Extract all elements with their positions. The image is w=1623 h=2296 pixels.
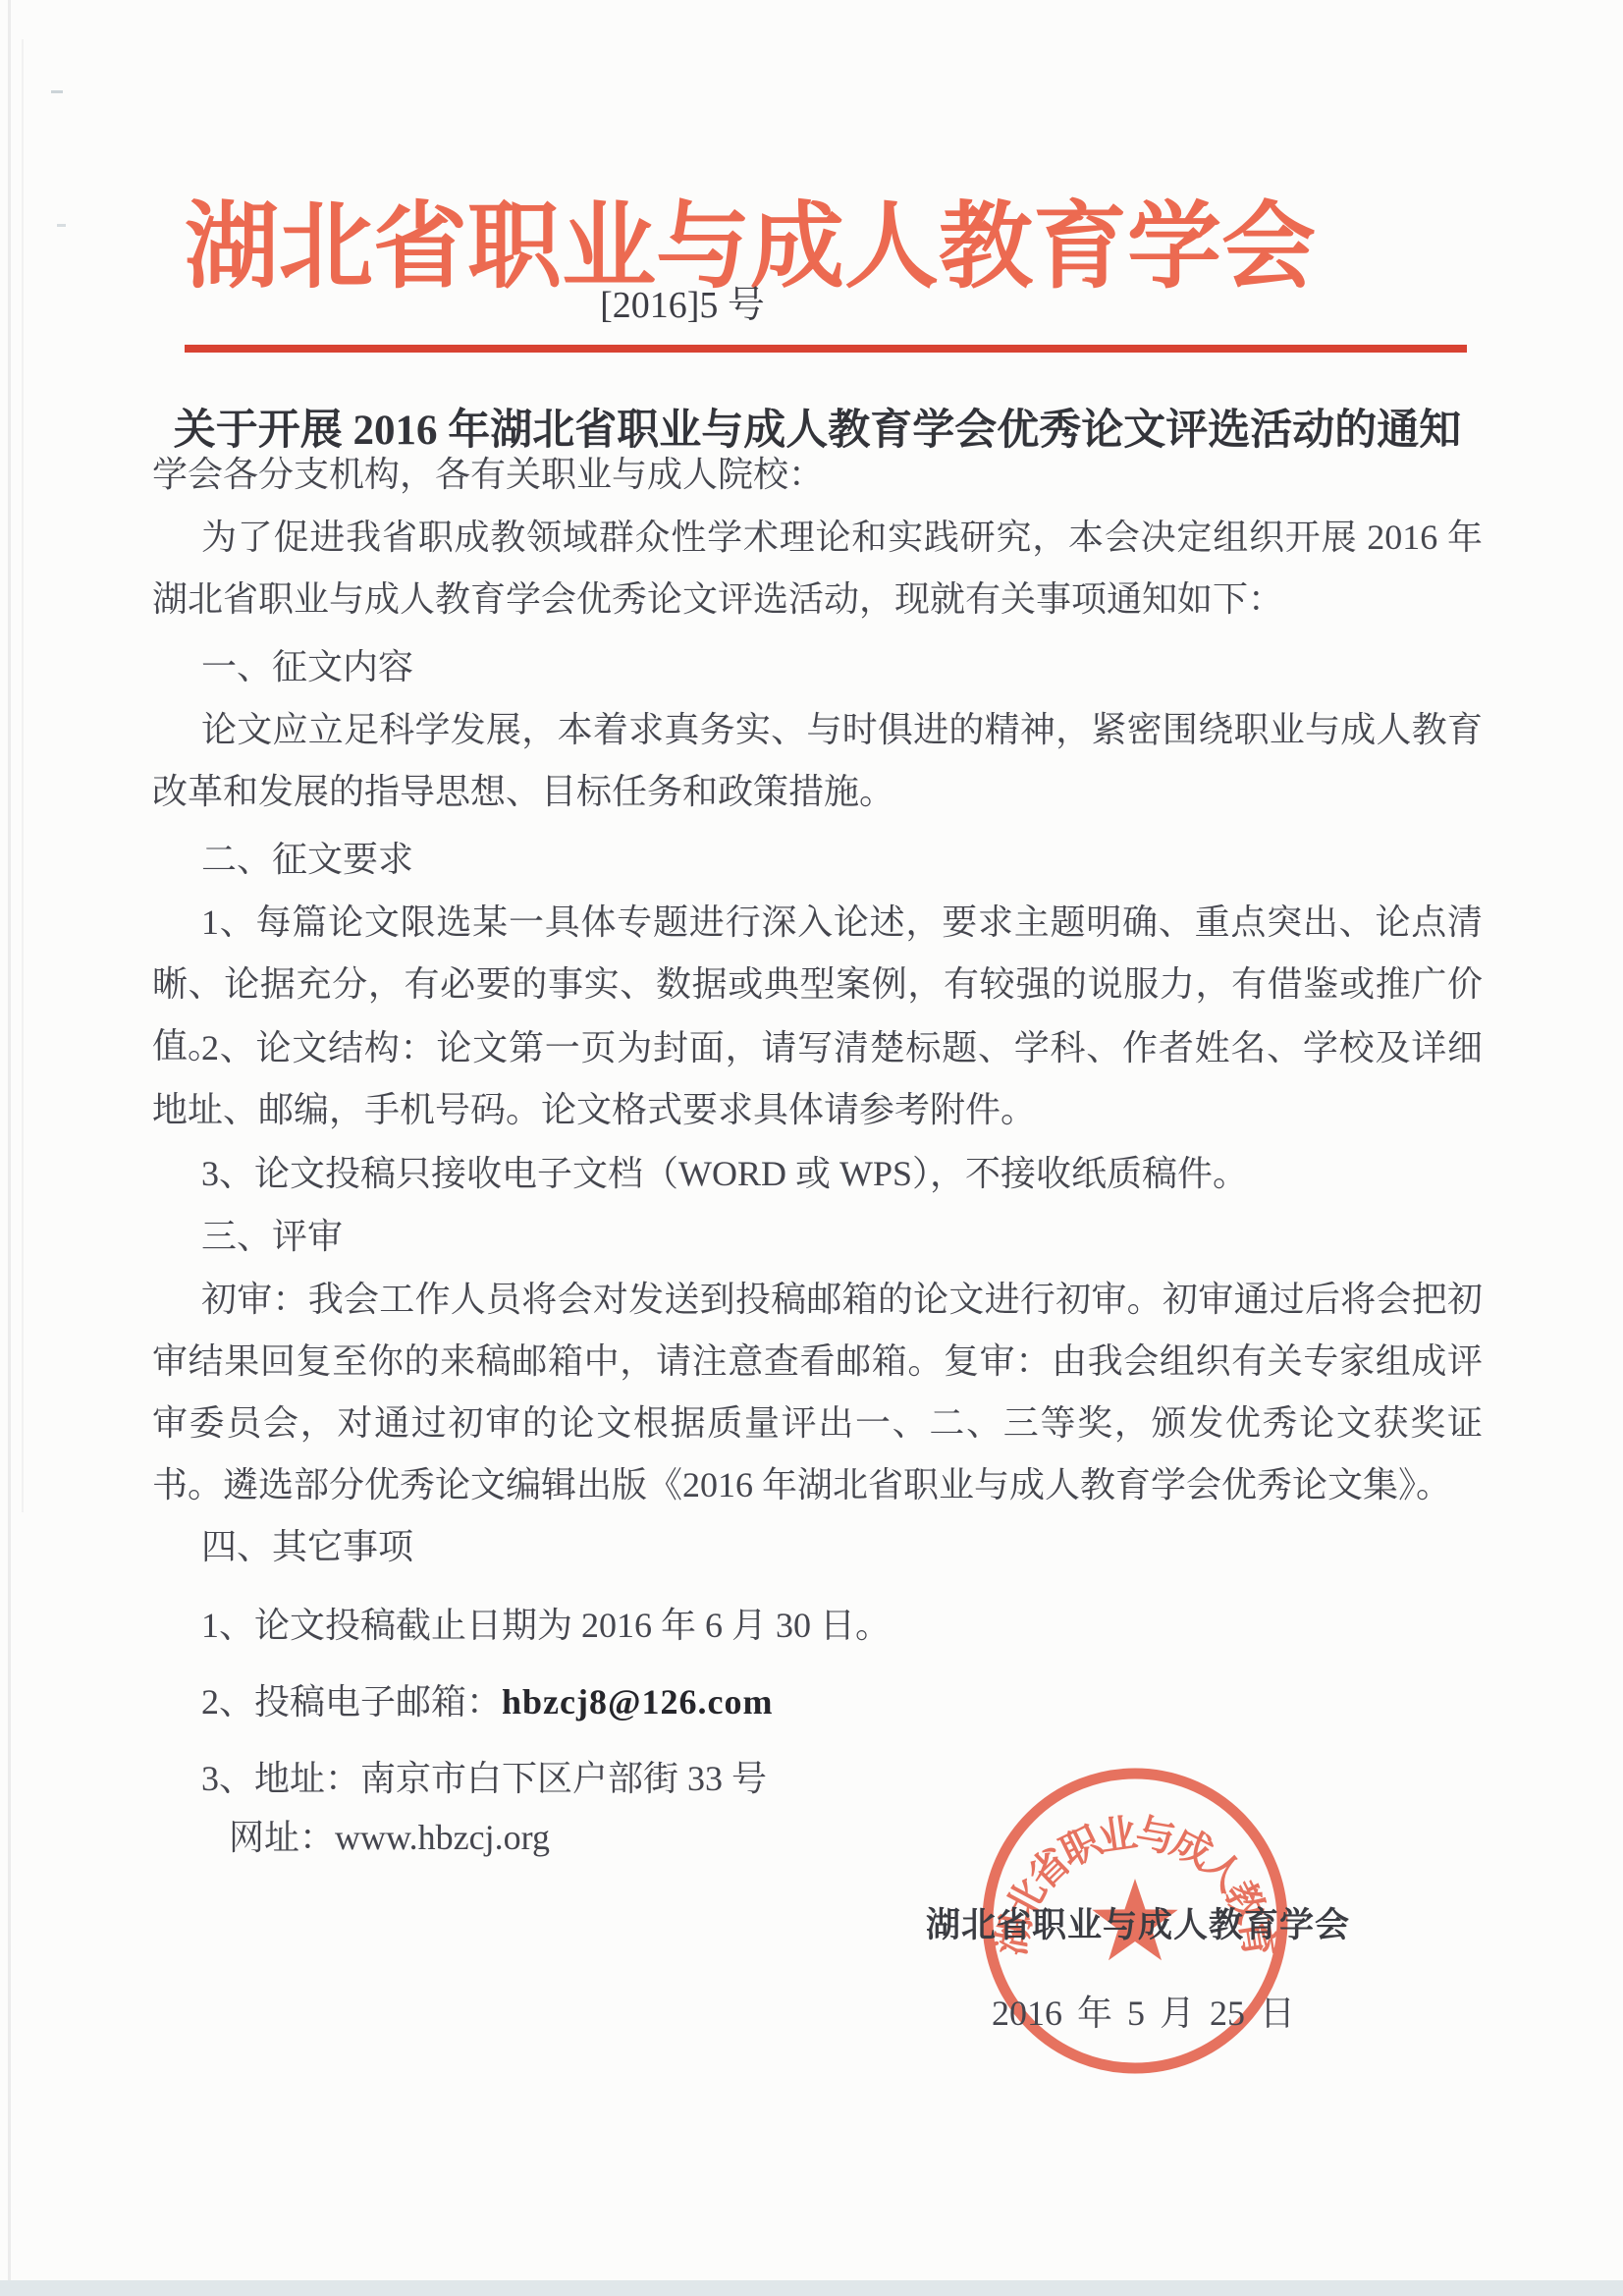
document-number: [2016]5 号 <box>0 281 1365 330</box>
section-title-4: 四、其它事项 <box>152 1516 1483 1578</box>
section-3-paragraph: 初审：我会工作人员将会对发送到投稿邮箱的论文进行初审。初审通过后将会把初审结果回… <box>152 1269 1483 1516</box>
section-2-item-3: 3、论文投稿只接收电子文档（WORD 或 WPS），不接收纸质稿件。 <box>152 1143 1483 1205</box>
scan-edge-artifact-bottom <box>0 2280 1623 2296</box>
issue-date: 2016 年 5 月 25 日 <box>992 1990 1404 2037</box>
email-label: 2、投稿电子邮箱： <box>201 1682 502 1722</box>
org-signature: 湖北省职业与成人教育学会 <box>926 1903 1417 1948</box>
scan-speck-artifact <box>57 224 66 227</box>
salutation: 学会各分支机构，各有关职业与成人院校： <box>152 444 1483 506</box>
letterhead-divider <box>185 345 1467 353</box>
section-title-3: 三、评审 <box>152 1206 1483 1268</box>
email-value: hbzcj8@126.com <box>502 1682 773 1722</box>
scan-edge-artifact-left <box>8 0 11 2296</box>
scan-edge-artifact-left-2 <box>22 39 24 1512</box>
scan-speck-artifact <box>51 90 63 93</box>
section-1-paragraph: 论文应立足科学发展，本着求真务实、与时俱进的精神，紧密围绕职业与成人教育改革和发… <box>152 699 1483 823</box>
scanned-notice-document: 湖北省职业与成人教育学会 [2016]5 号 关于开展 2016 年湖北省职业与… <box>0 0 1623 2296</box>
intro-paragraph: 为了促进我省职成教领域群众性学术理论和实践研究，本会决定组织开展 2016 年湖… <box>152 507 1483 630</box>
section-2-item-2: 2、论文结构：论文第一页为封面，请写清楚标题、学科、作者姓名、学校及详细地址、邮… <box>152 1017 1483 1141</box>
email-item: 2、投稿电子邮箱：hbzcj8@126.com <box>152 1671 1483 1733</box>
section-title-1: 一、征文内容 <box>152 636 1483 698</box>
section-title-2: 二、征文要求 <box>152 829 1483 891</box>
deadline-item: 1、论文投稿截止日期为 2016 年 6 月 30 日。 <box>152 1595 1483 1657</box>
